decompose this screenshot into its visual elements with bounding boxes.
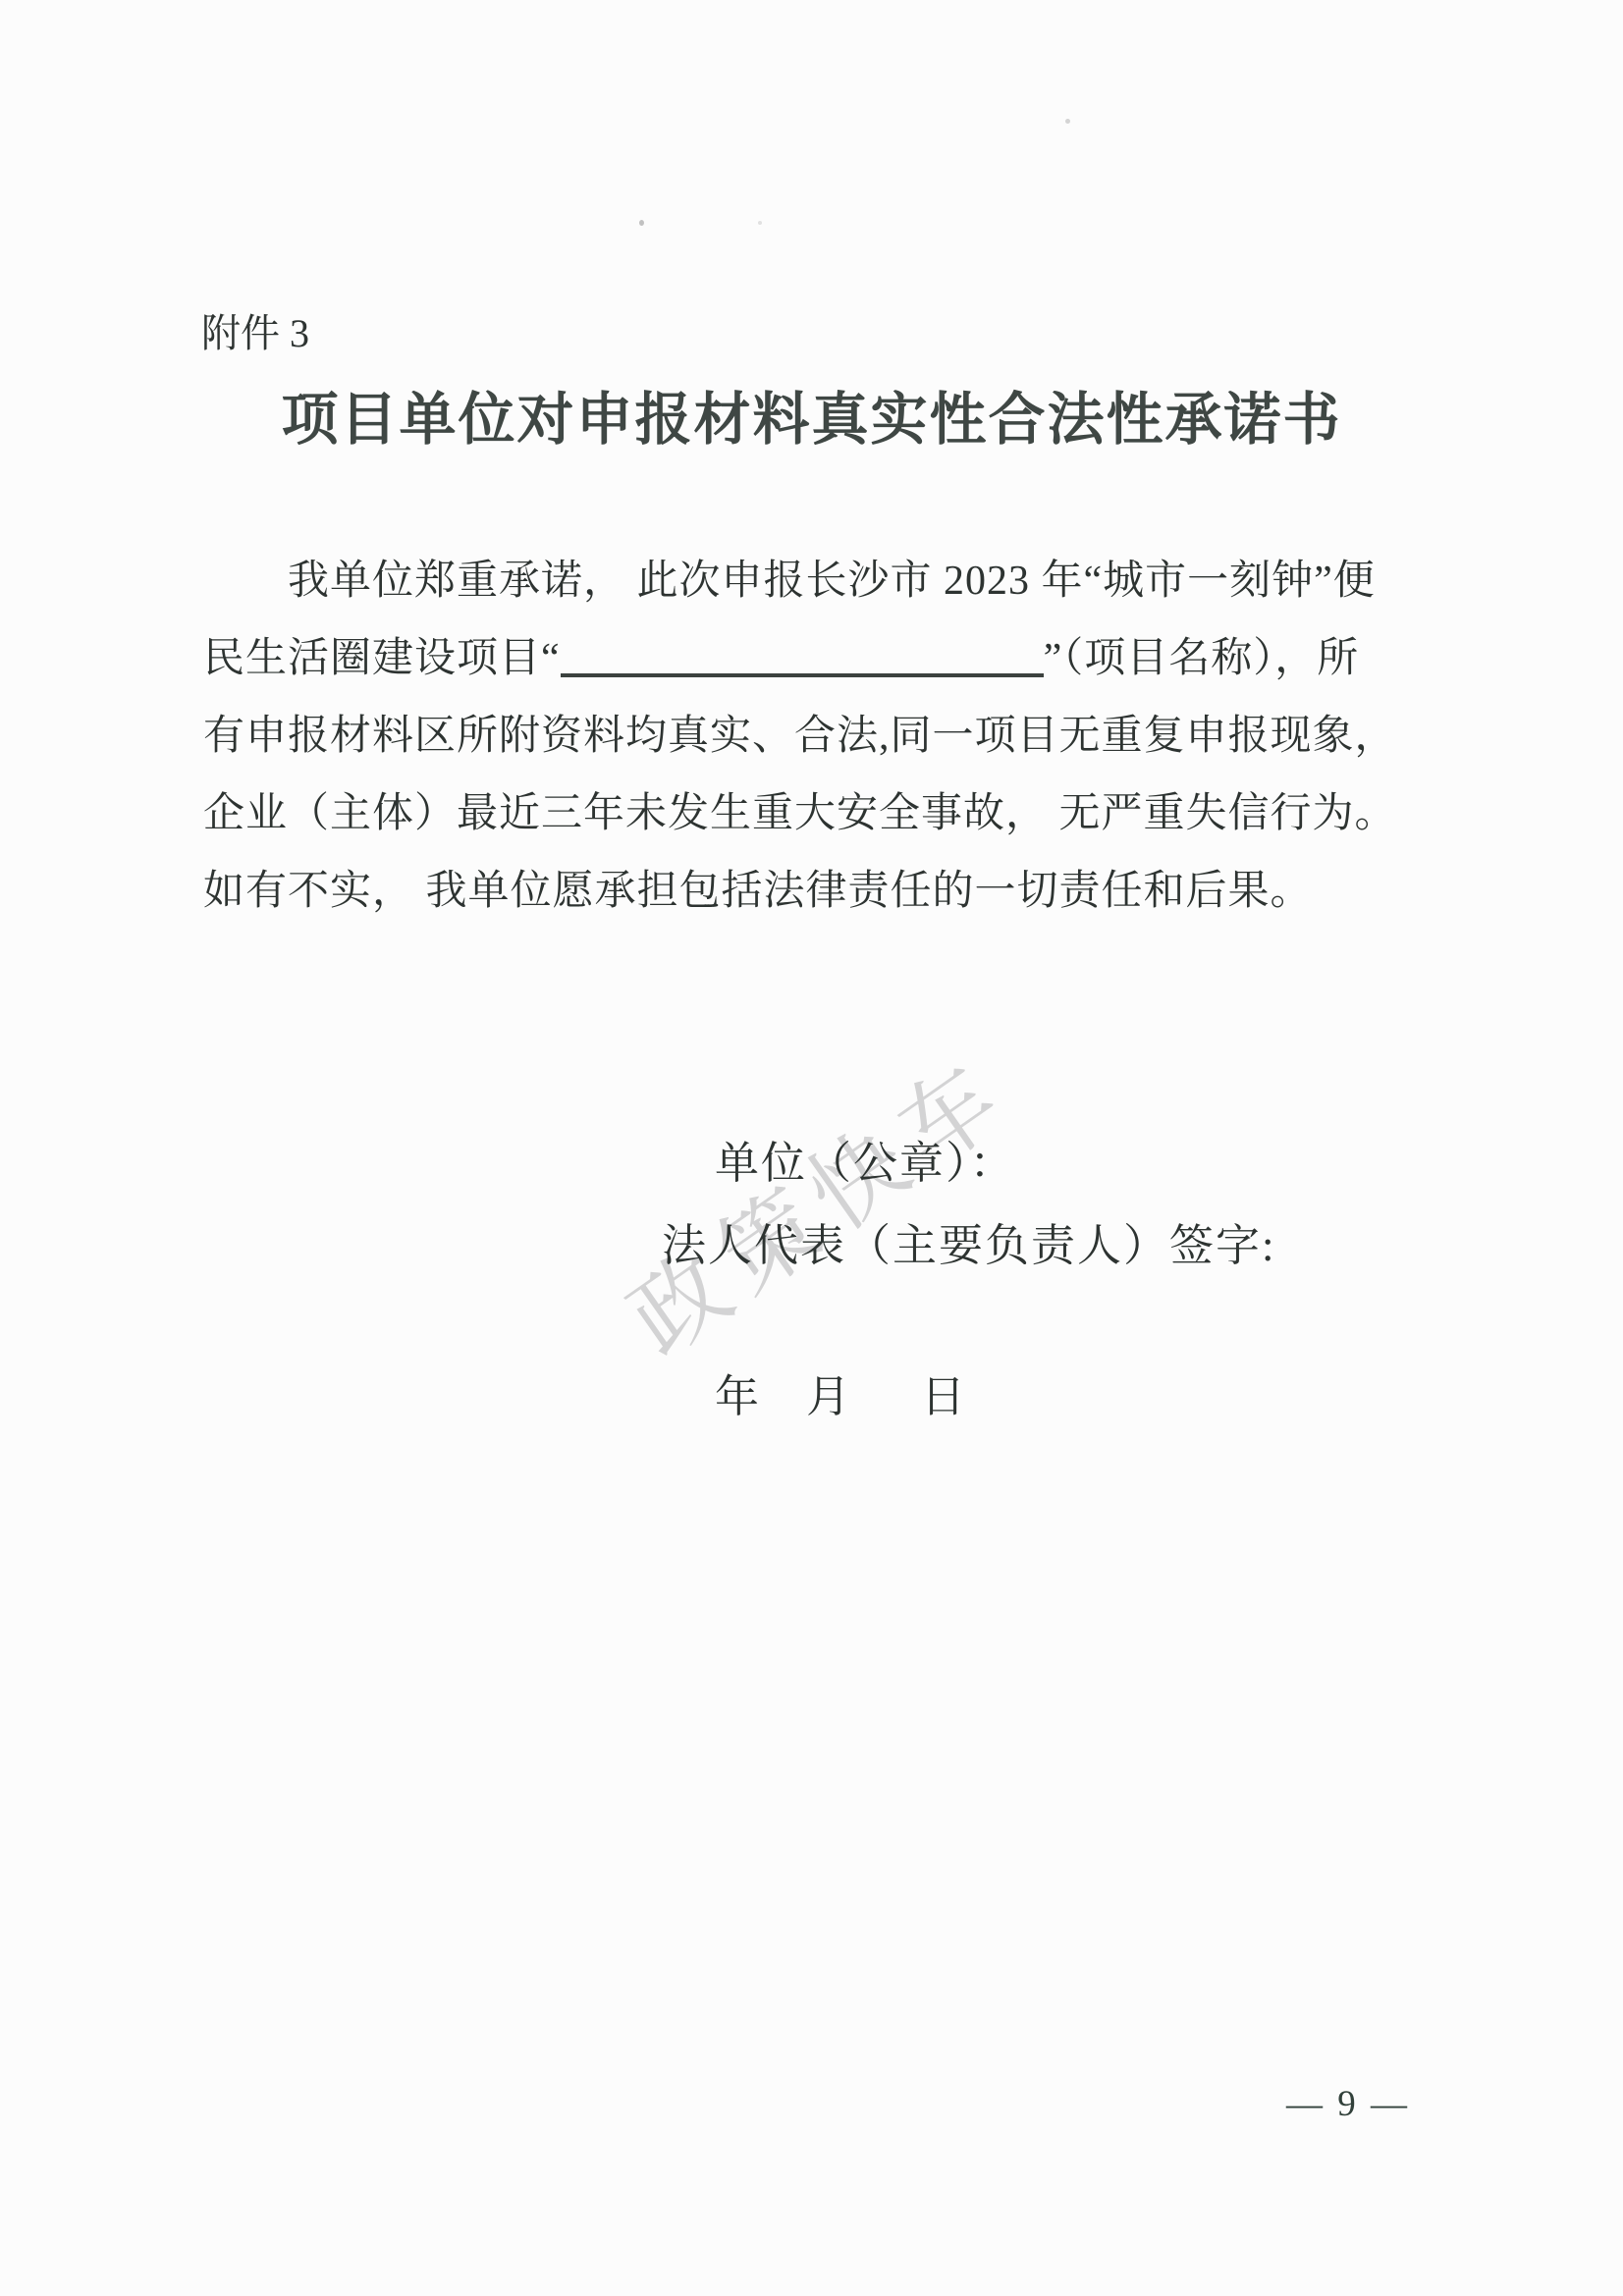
signature-legal-rep-line: 法人代表（主要负责人）签字:: [662, 1209, 1276, 1273]
paragraph-line-3: 有申报材料区所附资料均真实、合法,同一项目无重复申报现象，: [203, 698, 1427, 775]
watermark-text: 政策快车: [597, 1018, 1033, 1380]
document-page: 政策快车 附件 3 项目单位对申报材料真实性合法性承诺书 我单位郑重承诺， 此次…: [0, 0, 1623, 2296]
paragraph-line-5: 如有不实， 我单位愿承担包括法律责任的一切责任和后果。: [203, 853, 1427, 931]
page-number: — 9 —: [1286, 2083, 1410, 2125]
date-month-label: 月: [806, 1372, 850, 1421]
body-paragraph: 我单位郑重承诺， 此次申报长沙市 2023 年“城市一刻钟”便 民生活圈建设项目…: [203, 543, 1427, 931]
date-day-label: 日: [921, 1372, 965, 1421]
date-year-label: 年: [715, 1372, 759, 1421]
document-title: 项目单位对申报材料真实性合法性承诺书: [0, 373, 1623, 455]
paragraph-line-2: 民生活圈建设项目“”（项目名称），所: [203, 620, 1427, 698]
paragraph-line-4: 企业（主体）最近三年未发生重大安全事故， 无严重失信行为。: [203, 775, 1427, 853]
scan-speckle: [1065, 119, 1070, 124]
scan-speckle: [639, 220, 644, 226]
scan-speckle: [758, 221, 762, 225]
date-line: 年月日: [715, 1361, 965, 1424]
project-name-blank-underline: [561, 671, 1044, 677]
paragraph-line-2-after: ”（项目名称），所: [1044, 636, 1360, 681]
signature-unit-seal-line: 单位（公章）：: [715, 1127, 1016, 1191]
paragraph-line-1: 我单位郑重承诺， 此次申报长沙市 2023 年“城市一刻钟”便: [203, 543, 1427, 620]
attachment-label: 附件 3: [201, 302, 309, 358]
paragraph-line-2-before: 民生活圈建设项目“: [203, 636, 561, 681]
